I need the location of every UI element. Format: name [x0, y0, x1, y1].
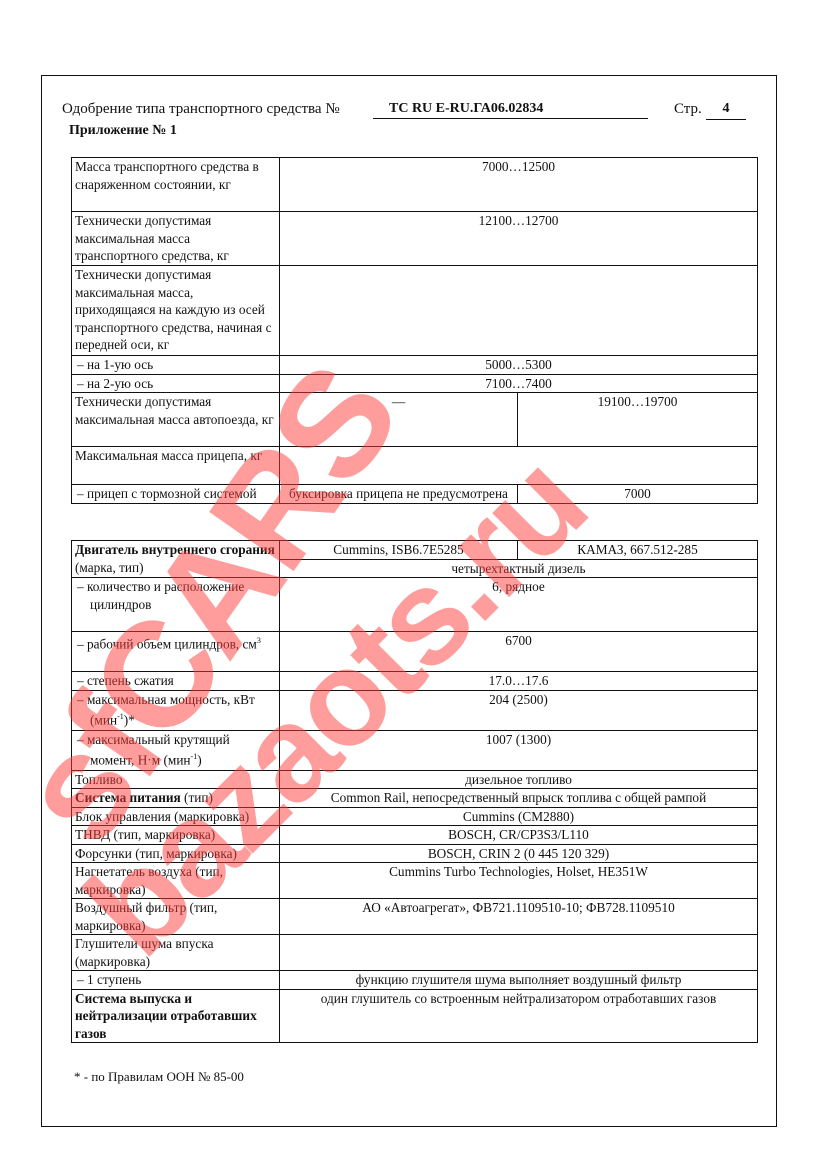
row-value-a: Cummins, ISB6.7E5285 [280, 541, 518, 560]
table-row: Максимальная масса прицепа, кг [72, 447, 758, 485]
table-row: – максимальный крутящий момент, Н·м (мин… [72, 730, 758, 770]
row-value: 6, рядное [280, 578, 758, 632]
table-row: Блок управления (маркировка) Cummins (CM… [72, 807, 758, 826]
table-row: Система выпуска и нейтрализации отработа… [72, 989, 758, 1043]
table-row: Нагнетатель воздуха (тип, маркировка) Cu… [72, 863, 758, 899]
row-value-a: — [280, 393, 518, 447]
row-label: Двигатель внутреннего сгорания (марка, т… [72, 541, 280, 578]
table-row: ТНВД (тип, маркировка) BOSCH, CR/CP3S3/L… [72, 826, 758, 845]
row-label: – максимальный крутящий момент, Н·м (мин… [72, 730, 280, 770]
table-row: – прицеп с тормозной системой буксировка… [72, 485, 758, 504]
row-value: BOSCH, CR/CP3S3/L110 [280, 826, 758, 845]
row-label: Форсунки (тип, маркировка) [72, 844, 280, 863]
row-label: Технически допустимая максимальная масса… [72, 212, 280, 266]
table-row: Технически допустимая максимальная масса… [72, 266, 758, 356]
row-value: Common Rail, непосредственный впрыск топ… [280, 789, 758, 808]
row-label: Блок управления (маркировка) [72, 807, 280, 826]
row-label: Система питания (тип) [72, 789, 280, 808]
row-value: BOSCH, CRIN 2 (0 445 120 329) [280, 844, 758, 863]
row-value [280, 447, 758, 485]
table-row: Воздушный фильтр (тип, маркировка) АО «А… [72, 899, 758, 935]
row-value: Cummins Turbo Technologies, Holset, HE35… [280, 863, 758, 899]
footnote: * - по Правилам ООН № 85-00 [74, 1069, 244, 1085]
row-label: – максимальная мощность, кВт (мин-1)* [72, 690, 280, 730]
row-label: Технически допустимая максимальная масса… [72, 266, 280, 356]
row-label: Топливо [72, 770, 280, 789]
page-number: 4 [706, 101, 746, 120]
table-row: – на 2-ую ось 7100…7400 [72, 374, 758, 393]
row-value: 17.0…17.6 [280, 672, 758, 691]
table-row: – количество и расположение цилиндров 6,… [72, 578, 758, 632]
row-value: Cummins (CM2880) [280, 807, 758, 826]
row-label: Система выпуска и нейтрализации отработа… [72, 989, 280, 1043]
approval-label: Одобрение типа транспортного средства № [62, 101, 340, 118]
table-row: Глушители шума впуска (маркировка) [72, 935, 758, 971]
row-label: ТНВД (тип, маркировка) [72, 826, 280, 845]
row-value: 1007 (1300) [280, 730, 758, 770]
row-value: 7000…12500 [280, 158, 758, 212]
row-value-b: 7000 [518, 485, 758, 504]
table-row: – рабочий объем цилиндров, см3 6700 [72, 632, 758, 672]
table-row: Технически допустимая максимальная масса… [72, 212, 758, 266]
row-value: 7100…7400 [280, 374, 758, 393]
row-value-b: КАМАЗ, 667.512-285 [518, 541, 758, 560]
table-row: Двигатель внутреннего сгорания (марка, т… [72, 541, 758, 560]
engine-table: Двигатель внутреннего сгорания (марка, т… [71, 540, 758, 1043]
row-value: 5000…5300 [280, 356, 758, 375]
table-row: Масса транспортного средства в снаряженн… [72, 158, 758, 212]
table-row: – степень сжатия 17.0…17.6 [72, 672, 758, 691]
table-row: Система питания (тип) Common Rail, непос… [72, 789, 758, 808]
table-row: – 1 ступень функцию глушителя шума выпол… [72, 971, 758, 990]
row-label: – степень сжатия [72, 672, 280, 691]
row-value: АО «Автоагрегат», ФВ721.1109510-10; ФВ72… [280, 899, 758, 935]
row-label: – количество и расположение цилиндров [72, 578, 280, 632]
row-label: Нагнетатель воздуха (тип, маркировка) [72, 863, 280, 899]
row-label: – 1 ступень [72, 971, 280, 990]
row-label: – прицеп с тормозной системой [72, 485, 280, 504]
row-value: 12100…12700 [280, 212, 758, 266]
table-row: Форсунки (тип, маркировка) BOSCH, CRIN 2… [72, 844, 758, 863]
table-row: Технически допустимая максимальная масса… [72, 393, 758, 447]
page-label: Стр. [674, 101, 702, 118]
annex-title: Приложение № 1 [69, 123, 177, 139]
row-label: Технически допустимая максимальная масса… [72, 393, 280, 447]
row-value [280, 266, 758, 356]
row-value: функцию глушителя шума выполняет воздушн… [280, 971, 758, 990]
row-value-a: буксировка прицепа не предусмотрена [280, 485, 518, 504]
row-value: 204 (2500) [280, 690, 758, 730]
table-row: – максимальная мощность, кВт (мин-1)* 20… [72, 690, 758, 730]
row-value: четырехтактный дизель [280, 559, 758, 578]
row-label: – на 2-ую ось [72, 374, 280, 393]
row-label: – рабочий объем цилиндров, см3 [72, 632, 280, 672]
row-label: Максимальная масса прицепа, кг [72, 447, 280, 485]
row-label: Воздушный фильтр (тип, маркировка) [72, 899, 280, 935]
row-value-b: 19100…19700 [518, 393, 758, 447]
table-row: Топливо дизельное топливо [72, 770, 758, 789]
row-label: Масса транспортного средства в снаряженн… [72, 158, 280, 212]
row-value: 6700 [280, 632, 758, 672]
row-label: – на 1-ую ось [72, 356, 280, 375]
row-value [280, 935, 758, 971]
mass-table: Масса транспортного средства в снаряженн… [71, 157, 758, 504]
table-row: – на 1-ую ось 5000…5300 [72, 356, 758, 375]
approval-number: ТС RU E-RU.ГА06.02834 [373, 101, 648, 119]
row-value: дизельное топливо [280, 770, 758, 789]
row-label: Глушители шума впуска (маркировка) [72, 935, 280, 971]
row-value: один глушитель со встроенным нейтрализат… [280, 989, 758, 1043]
